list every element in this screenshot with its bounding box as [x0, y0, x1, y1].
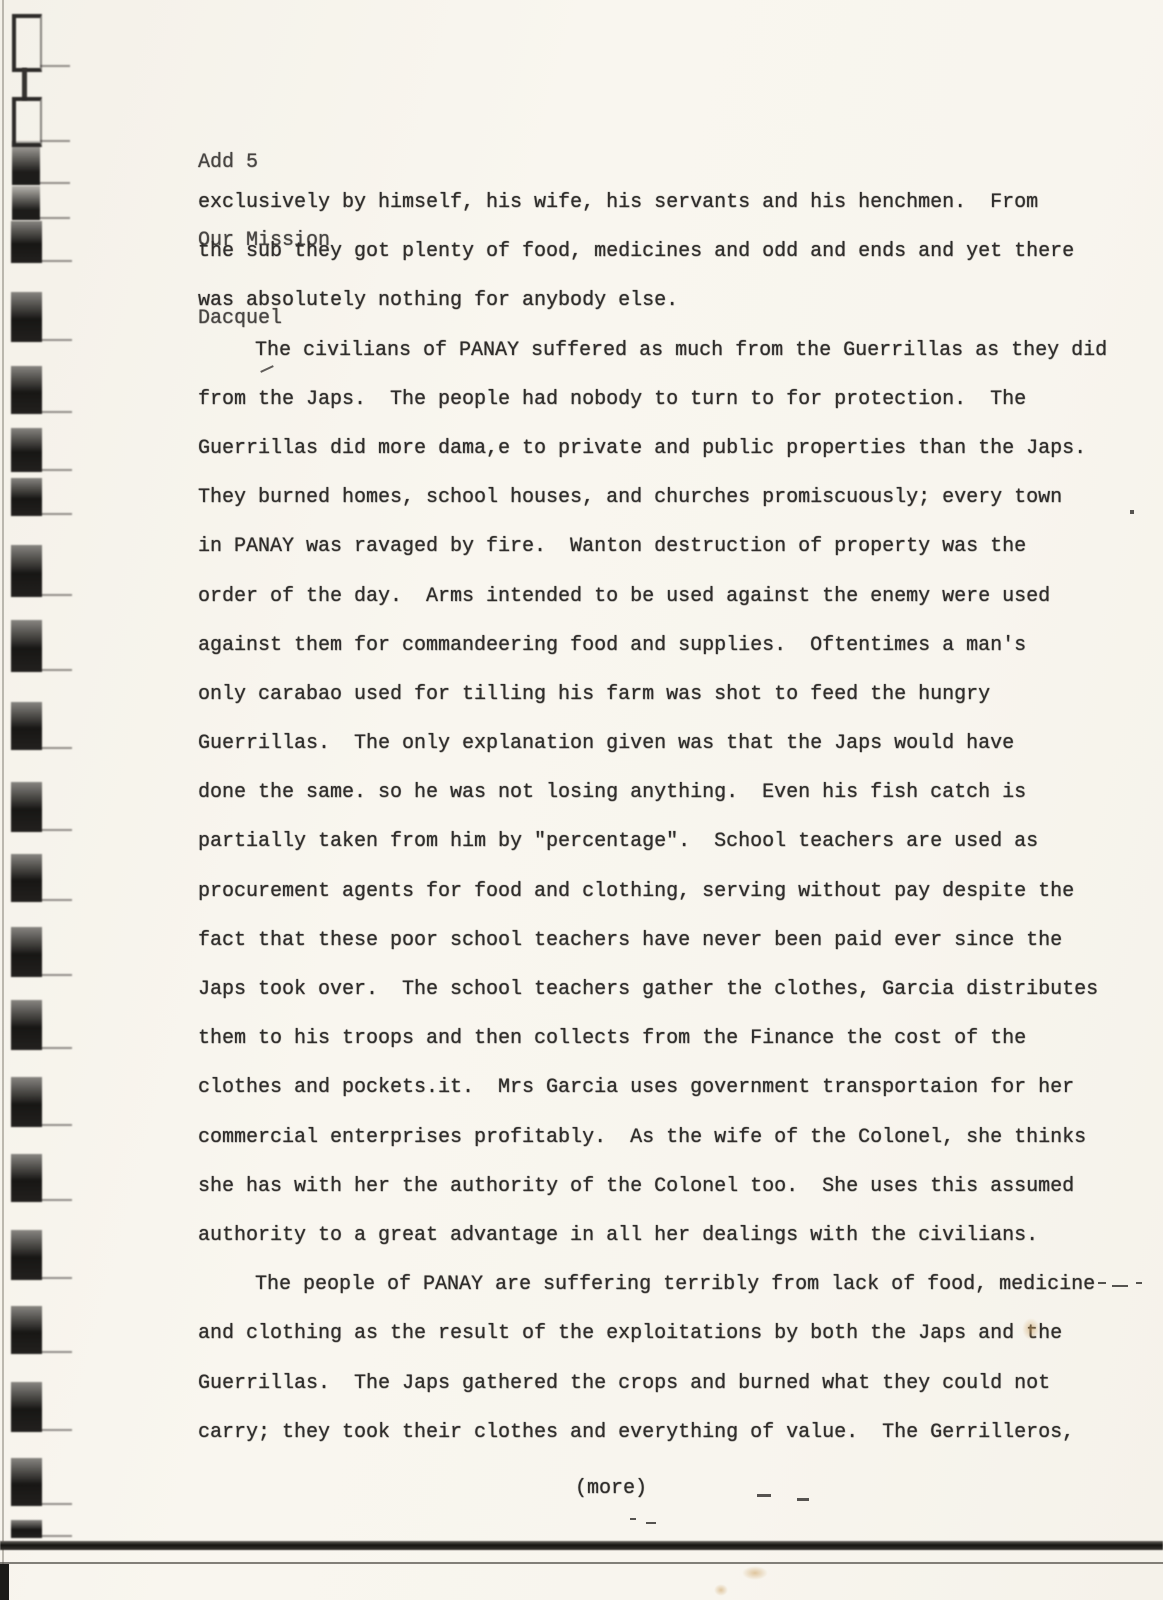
text-line: only carabao used for tilling his farm w…	[198, 682, 1153, 731]
binding-hole-mark	[12, 186, 40, 220]
binding-hole-mark	[11, 927, 42, 977]
binding-hole-mark	[11, 782, 42, 832]
binding-hole-mark	[22, 68, 27, 100]
binding-hole-mark	[11, 1000, 42, 1050]
text-line: authority to a great advantage in all he…	[198, 1223, 1153, 1272]
scan-speck	[630, 1518, 636, 1520]
binding-hole-mark	[11, 854, 42, 902]
binding-hole-mark	[11, 1458, 42, 1506]
text-line: They burned homes, school houses, and ch…	[198, 485, 1153, 534]
scan-speck	[742, 1566, 768, 1580]
text-line: order of the day. Arms intended to be us…	[198, 584, 1153, 633]
scanned-document-page: Add 5 Our Mission Dacquel exclusively by…	[0, 0, 1163, 1600]
binding-hole-mark	[11, 1230, 42, 1280]
text-line: Guerrillas. The only explanation given w…	[198, 731, 1153, 780]
binding-hole-mark	[11, 292, 42, 342]
more-indicator: (more)	[575, 1477, 647, 1500]
text-line: done the same. so he was not losing anyt…	[198, 780, 1153, 829]
binding-hole-mark	[11, 1154, 42, 1202]
binding-hole-mark	[11, 428, 42, 472]
text-line: she has with her the authority of the Co…	[198, 1174, 1153, 1223]
text-line: The civilians of PANAY suffered as much …	[198, 338, 1153, 387]
page-bottom-edge	[0, 1541, 1163, 1550]
text-line: procurement agents for food and clothing…	[198, 879, 1153, 928]
scan-speck	[797, 1498, 809, 1501]
text-line: exclusively by himself, his wife, his se…	[198, 190, 1153, 239]
binding-hole-mark	[11, 702, 42, 750]
text-line: partially taken from him by "percentage"…	[198, 829, 1153, 878]
binding-hole-mark	[11, 545, 42, 597]
text-line: carry; they took their clothes and every…	[198, 1420, 1153, 1469]
text-line: them to his troops and then collects fro…	[198, 1026, 1153, 1075]
binding-hole-mark	[11, 1382, 42, 1432]
scan-edge-line	[0, 1562, 1163, 1564]
text-line: in PANAY was ravaged by fire. Wanton des…	[198, 534, 1153, 583]
text-line: the sub they got plenty of food, medicin…	[198, 239, 1153, 288]
text-line: fact that these poor school teachers hav…	[198, 928, 1153, 977]
binding-hole-mark	[12, 97, 42, 147]
binding-hole-mark	[11, 620, 42, 672]
binding-hole-mark	[11, 478, 42, 516]
scan-speck	[714, 1584, 728, 1596]
text-line: against them for commandeering food and …	[198, 633, 1153, 682]
scan-corner-mark	[0, 1564, 9, 1600]
text-line: The people of PANAY are suffering terrib…	[198, 1272, 1153, 1321]
binding-hole-mark	[11, 221, 42, 263]
text-line: Guerrillas did more dama,e to private an…	[198, 436, 1153, 485]
text-line: Japs took over. The school teachers gath…	[198, 977, 1153, 1026]
document-body: exclusively by himself, his wife, his se…	[198, 190, 1153, 1469]
scan-speck	[1130, 510, 1134, 514]
binding-hole-mark	[11, 1077, 42, 1127]
text-line: clothes and pockets.it. Mrs Garcia uses …	[198, 1075, 1153, 1124]
binding-hole-mark	[11, 1306, 42, 1354]
text-line: was absolutely nothing for anybody else.	[198, 288, 1153, 337]
text-line: and clothing as the result of the exploi…	[198, 1321, 1153, 1370]
binding-hole-mark	[11, 366, 42, 414]
scan-speck	[1022, 1318, 1040, 1340]
text-line: commercial enterprises profitably. As th…	[198, 1125, 1153, 1174]
binding-hole-mark	[11, 1520, 42, 1538]
scan-speck	[646, 1522, 656, 1524]
binding-hole-mark	[12, 141, 40, 185]
scan-speck	[1112, 1285, 1128, 1287]
header-add-number: Add 5	[198, 150, 330, 176]
binding-hole-mark	[12, 14, 42, 72]
scan-speck	[1098, 1282, 1106, 1284]
text-line: Guerrillas. The Japs gathered the crops …	[198, 1371, 1153, 1420]
text-line: from the Japs. The people had nobody to …	[198, 387, 1153, 436]
scan-speck	[1136, 1282, 1142, 1284]
page-edge-line	[2, 0, 4, 1600]
scan-speck	[757, 1494, 771, 1497]
